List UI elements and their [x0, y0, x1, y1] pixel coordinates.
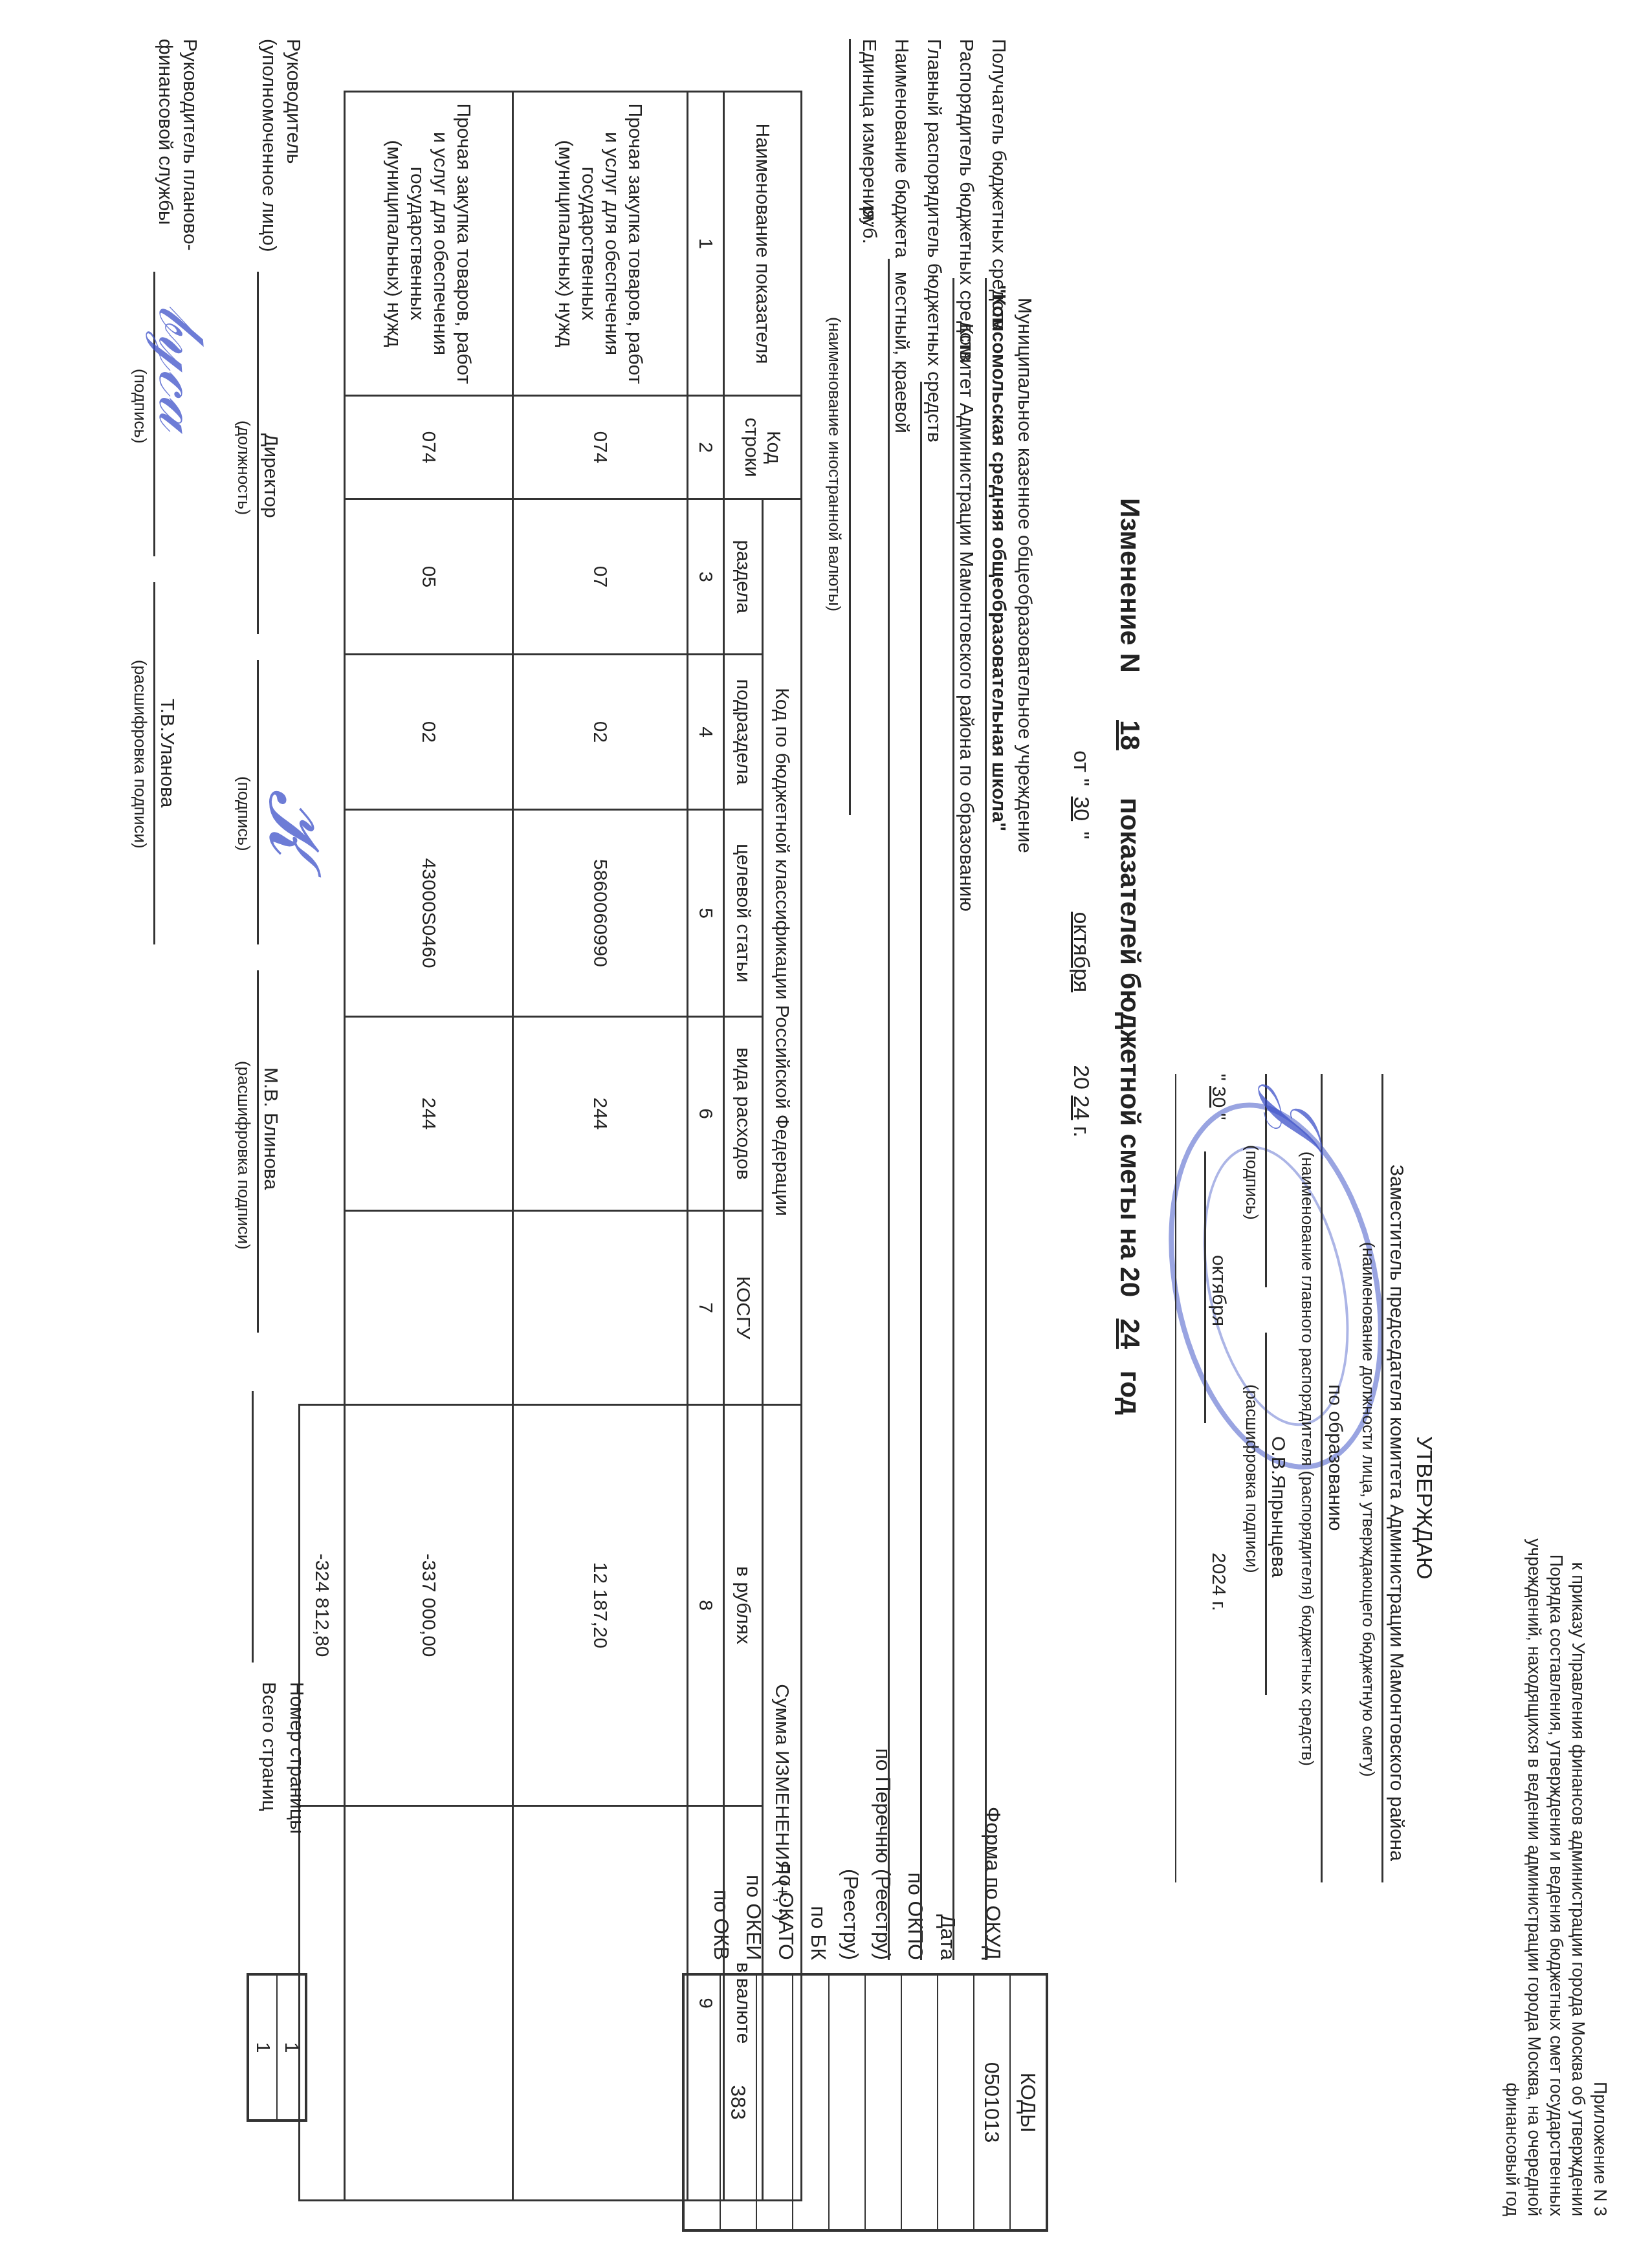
total-row: -324 812,80	[300, 92, 345, 2201]
recipient-value: "Комсомольская средняя общеобразовательн…	[987, 285, 1009, 831]
page-box: 1 1	[247, 1973, 307, 2122]
col-rub-header: в рублях	[724, 1405, 763, 1806]
appendix-note: Приложение N 3 к приказу Управления фина…	[1501, 1538, 1611, 2216]
head-name-caption: (расшифровка подписи)	[234, 1061, 254, 1250]
approve-title: УТВЕРЖДАЮ	[1411, 1436, 1436, 1579]
name-caption: (расшифровка подписи)	[1242, 1384, 1262, 1573]
unit-value: руб.	[858, 207, 880, 244]
unit-label: Единица измерения:	[858, 39, 880, 226]
budget-value: местный, краевой	[890, 272, 912, 433]
okud-code: 0501013	[974, 1974, 1010, 2230]
appendix-line: Порядка составления, утверждения и веден…	[1545, 1538, 1567, 2216]
chief-manager-label: Главный распорядитель бюджетных средств	[923, 39, 945, 442]
head-label-sub: (уполномоченное лицо)	[258, 39, 280, 252]
fin-head-signature: 𝒷𝓎𝒸𝒶	[144, 304, 220, 431]
col-target-header: целевой статьи	[724, 810, 763, 1017]
head-position: Директор	[259, 433, 281, 518]
fin-head-label-sub: финансовой службы	[154, 39, 176, 225]
appendix-line: к приказу Управления финансов администра…	[1567, 1538, 1589, 2216]
document-date: от "30" октября 20 24 г.	[1068, 750, 1094, 1138]
page-number-value: 1	[277, 1974, 306, 2121]
currency-caption: (наименование иностранной валюты)	[824, 317, 844, 611]
col-expense-header: вида расходов	[724, 1017, 763, 1211]
approver-position-caption: (наименование должности лица, утверждающ…	[1358, 1242, 1378, 1777]
col-subsection-header: подраздела	[724, 655, 763, 810]
col-name-header: Наименование показателя	[724, 92, 802, 396]
total-pages-value: 1	[248, 1974, 277, 2121]
sign-caption: (подпись)	[1242, 1145, 1262, 1220]
head-name: М.В. Блинова	[259, 1067, 281, 1190]
appendix-line: Приложение N 3	[1589, 1538, 1611, 2216]
document-page: Приложение N 3 к приказу Управления фина…	[0, 0, 1650, 2268]
registry2-code	[829, 1974, 865, 2230]
table-row: Прочая закупка товаров, работ и услуг дл…	[513, 92, 688, 2201]
codes-header: КОДЫ	[1010, 1974, 1047, 2230]
head-sign-caption: (подпись)	[234, 776, 254, 851]
total-pages-label: Всего страниц	[258, 1682, 280, 1811]
col-section-header: раздела	[724, 499, 763, 655]
head-signature: 𝓚	[252, 789, 336, 855]
approver-org-caption: (наименование главного распорядителя (ра…	[1297, 1151, 1317, 1766]
bk-group-header: Код по бюджетной классификации Российско…	[763, 499, 802, 1405]
date-code	[938, 1974, 974, 2230]
head-label: Руководитель	[282, 39, 304, 164]
manager-label: Распорядитель бюджетных средств	[955, 39, 977, 361]
approver-name: О.В.Япрынцева	[1267, 1436, 1289, 1578]
table-row: Прочая закупка товаров, работ и услуг дл…	[345, 92, 513, 2201]
sum-group-header: Сумма ИЗМЕНЕНИЯ (+; -)	[763, 1405, 802, 2201]
page-number-label: Номер страницы	[285, 1682, 307, 1834]
manager-value: Комитет Администрации Мамонтовского райо…	[955, 323, 977, 911]
change-number: 18	[1114, 680, 1145, 790]
document-title: Изменение N 18 показателей бюджетной сме…	[1114, 498, 1145, 1415]
appendix-line: финансовый год	[1501, 1538, 1523, 2216]
approver-org: по образованию	[1324, 1384, 1346, 1531]
appendix-line: учреждений, находящихся в ведении админи…	[1523, 1538, 1545, 2216]
approver-signature: 𝒥	[1255, 1087, 1339, 1136]
registry-code	[865, 1974, 901, 2230]
column-numbers-row: 123 456 789	[688, 92, 724, 2201]
approve-year: 2024 г.	[1207, 1553, 1229, 1611]
col-row-code-header: Код строки	[724, 396, 802, 499]
okpo-code	[901, 1974, 938, 2230]
col-kosgu-header: КОСГУ	[724, 1211, 763, 1405]
approve-month: октября	[1207, 1255, 1229, 1326]
budget-label: Наименование бюджета	[890, 39, 912, 258]
approver-position: Заместитель председателя комитета Админи…	[1385, 1164, 1407, 1861]
fin-name-caption: (расшифровка подписи)	[130, 660, 150, 849]
budget-changes-table: Наименование показателя Код строки Код п…	[298, 91, 802, 2201]
approve-day: 30	[1208, 1086, 1229, 1107]
recipient-line1: Муниципальное казенное общеобразовательн…	[1013, 298, 1035, 853]
fin-head-label: Руководитель планово-	[179, 39, 201, 251]
position-caption: (должность)	[234, 420, 254, 515]
col-currency-header: в валюте	[724, 1806, 763, 2201]
fin-head-name: Т.В.Уланова	[156, 699, 178, 807]
budget-year: 24	[1114, 1305, 1145, 1363]
